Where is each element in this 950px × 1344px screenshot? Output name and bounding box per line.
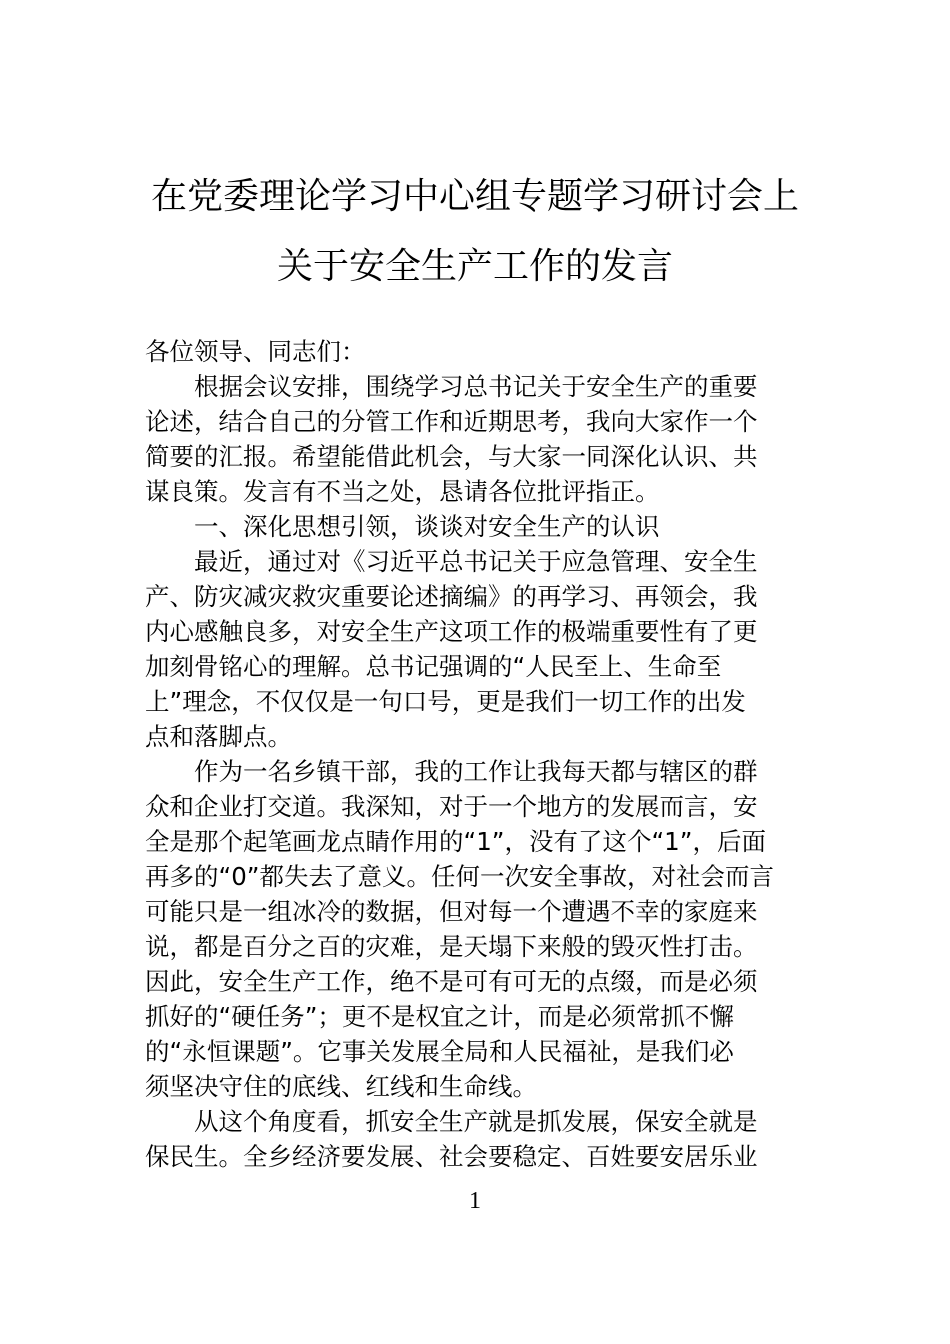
paragraph-line: 根据会议安排，围绕学习总书记关于安全生产的重要 xyxy=(145,369,807,404)
paragraph-line: 内心感触良多，对安全生产这项工作的极端重要性有了更 xyxy=(145,614,807,649)
paragraph-line: 再多的“0”都失去了意义。任何一次安全事故，对社会而言 xyxy=(145,859,807,894)
paragraph-line: 从这个角度看，抓安全生产就是抓发展，保安全就是 xyxy=(145,1104,807,1139)
page-number: 1 xyxy=(0,1188,950,1215)
paragraph-line: 须坚决守住的底线、红线和生命线。 xyxy=(145,1069,807,1104)
paragraph-line: 谋良策。发言有不当之处，恳请各位批评指正。 xyxy=(145,474,807,509)
paragraph-line: 抓好的“硬任务”；更不是权宜之计，而是必须常抓不懈 xyxy=(145,999,807,1034)
paragraph-line: 可能只是一组冰冷的数据，但对每一个遭遇不幸的家庭来 xyxy=(145,894,807,929)
paragraph-line: 保民生。全乡经济要发展、社会要稳定、百姓要安居乐业 xyxy=(145,1139,807,1174)
document-title-line-1: 在党委理论学习中心组专题学习研讨会上 xyxy=(0,175,950,219)
document-body: 各位领导、同志们： 根据会议安排，围绕学习总书记关于安全生产的重要 论述，结合自… xyxy=(145,334,807,1174)
paragraph-line: 加刻骨铭心的理解。总书记强调的“人民至上、生命至 xyxy=(145,649,807,684)
paragraph-line: 说，都是百分之百的灾难，是天塌下来般的毁灭性打击。 xyxy=(145,929,807,964)
paragraph-line: 点和落脚点。 xyxy=(145,719,807,754)
paragraph-line: 全是那个起笔画龙点睛作用的“1”，没有了这个“1”，后面 xyxy=(145,824,807,859)
paragraph-line: 上”理念，不仅仅是一句口号，更是我们一切工作的出发 xyxy=(145,684,807,719)
salutation: 各位领导、同志们： xyxy=(145,334,807,369)
paragraph-line: 产、防灾减灾救灾重要论述摘编》的再学习、再领会，我 xyxy=(145,579,807,614)
paragraph-line: 论述，结合自己的分管工作和近期思考，我向大家作一个 xyxy=(145,404,807,439)
paragraph-line: 因此，安全生产工作，绝不是可有可无的点缀，而是必须 xyxy=(145,964,807,999)
section-heading: 一、深化思想引领，谈谈对安全生产的认识 xyxy=(145,509,807,544)
paragraph-line: 最近，通过对《习近平总书记关于应急管理、安全生 xyxy=(145,544,807,579)
paragraph-line: 作为一名乡镇干部，我的工作让我每天都与辖区的群 xyxy=(145,754,807,789)
paragraph-line: 简要的汇报。希望能借此机会，与大家一同深化认识、共 xyxy=(145,439,807,474)
document-page: 在党委理论学习中心组专题学习研讨会上 关于安全生产工作的发言 各位领导、同志们：… xyxy=(0,0,950,1344)
paragraph-line: 的“永恒课题”。它事关发展全局和人民福祉，是我们必 xyxy=(145,1034,807,1069)
document-title-line-2: 关于安全生产工作的发言 xyxy=(0,245,950,289)
paragraph-line: 众和企业打交道。我深知，对于一个地方的发展而言，安 xyxy=(145,789,807,824)
